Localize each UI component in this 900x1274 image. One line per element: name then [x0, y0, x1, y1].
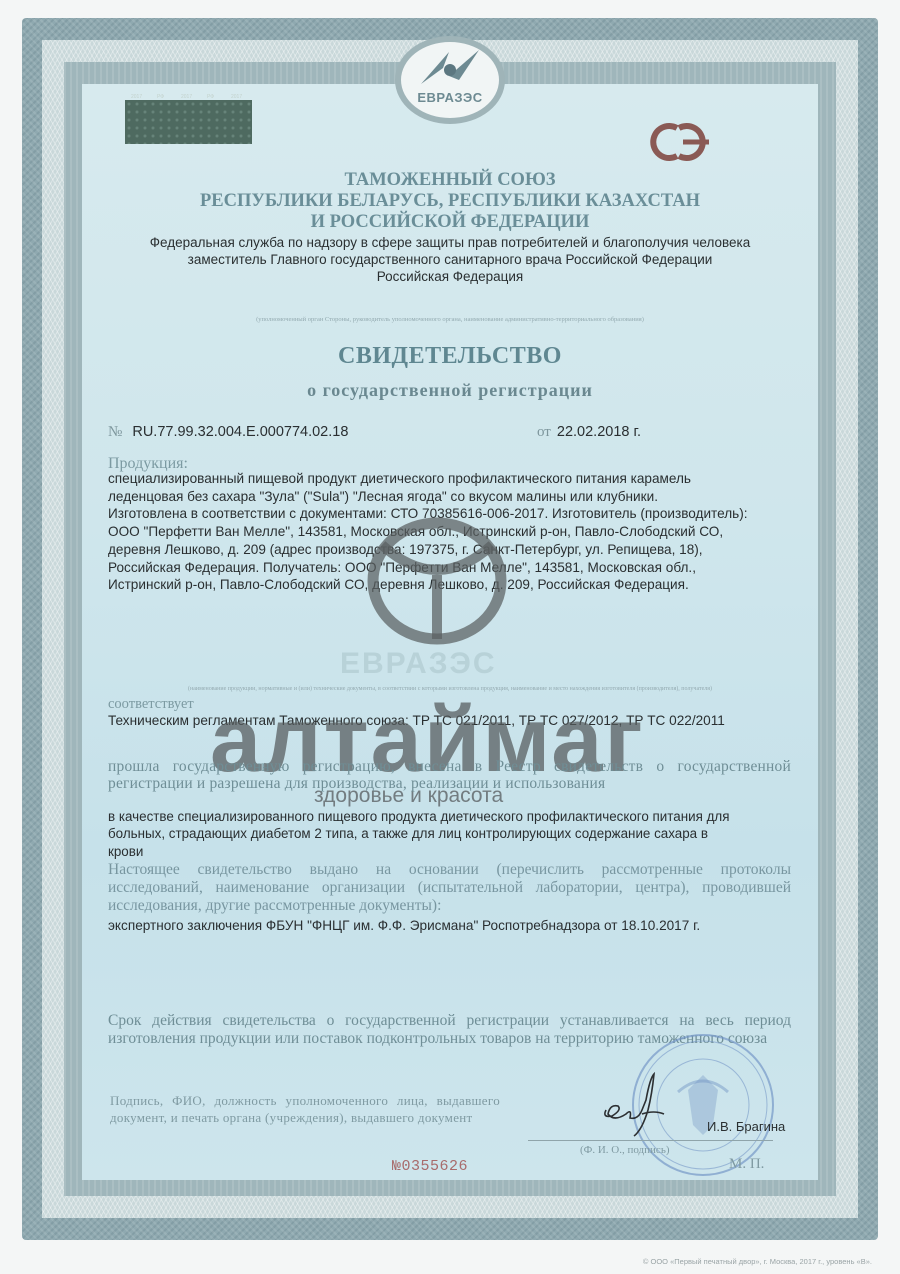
hologram-year: 2017 [181, 94, 192, 100]
product-line: специализированный пищевой продукт диети… [108, 470, 798, 488]
certificate-subtitle: о государственной регистрации [100, 380, 800, 401]
authority-caption: (уполномоченный орган Стороны, руководит… [100, 316, 800, 323]
authority-line: заместитель Главного государственного са… [100, 251, 800, 268]
usage-line: больных, страдающих диабетом 2 типа, а т… [108, 825, 798, 842]
number-prefix: № [108, 424, 122, 440]
handwritten-signature-icon [598, 1070, 680, 1140]
signatory-name: И.В. Брагина [707, 1119, 785, 1134]
hologram-sticker: 2017 РФ 2017 РФ 2017 [125, 100, 252, 144]
printer-note: © ООО «Первый печатный двор», г. Москва,… [643, 1257, 872, 1266]
fio-caption: (Ф. И. О., подпись) [580, 1144, 670, 1156]
complies-label: соответствует [108, 696, 194, 713]
union-title-line: И РОССИЙСКОЙ ФЕДЕРАЦИИ [100, 212, 800, 233]
watermark-emblem-icon [352, 515, 522, 647]
authority-line: Федеральная служба по надзору в сфере за… [100, 234, 800, 251]
product-line: леденцовая без сахара "Зула" ("Sula") "Л… [108, 488, 798, 506]
signature-line [528, 1140, 773, 1141]
usage-line: крови [108, 843, 798, 860]
registration-number-row: № RU.77.99.32.004.Е.000774.02.18 [108, 424, 348, 441]
expert-conclusion: экспертного заключения ФБУН "ФНЦГ им. Ф.… [108, 918, 700, 933]
hologram-year: 2017 [131, 94, 142, 100]
usage-line: в качестве специализированного пищевого … [108, 808, 798, 825]
seal-place-label: М. П. [729, 1156, 764, 1173]
basis-statement: Настоящее свидетельство выдано на основа… [108, 861, 791, 915]
hologram-year: 2017 [231, 94, 242, 100]
evrazes-logo-icon [419, 46, 483, 88]
ghost-emblem-label: ЕВРАЗЭС [340, 647, 497, 681]
registration-date-row: от 22.02.2018 г. [537, 424, 641, 441]
authority-line: Российская Федерация [100, 268, 800, 285]
certificate-title: СВИДЕТЕЛЬСТВО [100, 343, 800, 370]
registration-number: RU.77.99.32.004.Е.000774.02.18 [132, 424, 348, 440]
hologram-country: РФ [207, 94, 214, 100]
union-title-line: ТАМОЖЕННЫЙ СОЮЗ [100, 170, 800, 191]
hologram-country: РФ [157, 94, 164, 100]
form-serial-number: №0355626 [392, 1158, 468, 1175]
usage-purpose: в качестве специализированного пищевого … [108, 808, 798, 860]
evrazes-emblem: ЕВРАЗЭС [383, 32, 517, 128]
union-title: ТАМОЖЕННЫЙ СОЮЗ РЕСПУБЛИКИ БЕЛАРУСЬ, РЕС… [100, 170, 800, 233]
registration-statement: прошла государственную регистрацию, внес… [108, 758, 791, 792]
emblem-label: ЕВРАЗЭС [383, 90, 517, 105]
date-prefix: от [537, 424, 551, 440]
signature-caption: Подпись, ФИО, должность уполномоченного … [110, 1093, 500, 1126]
conformity-mark-icon [643, 118, 723, 166]
issuing-authority: Федеральная служба по надзору в сфере за… [100, 234, 800, 285]
registration-date: 22.02.2018 г. [557, 424, 641, 440]
union-title-line: РЕСПУБЛИКИ БЕЛАРУСЬ, РЕСПУБЛИКИ КАЗАХСТА… [100, 191, 800, 212]
